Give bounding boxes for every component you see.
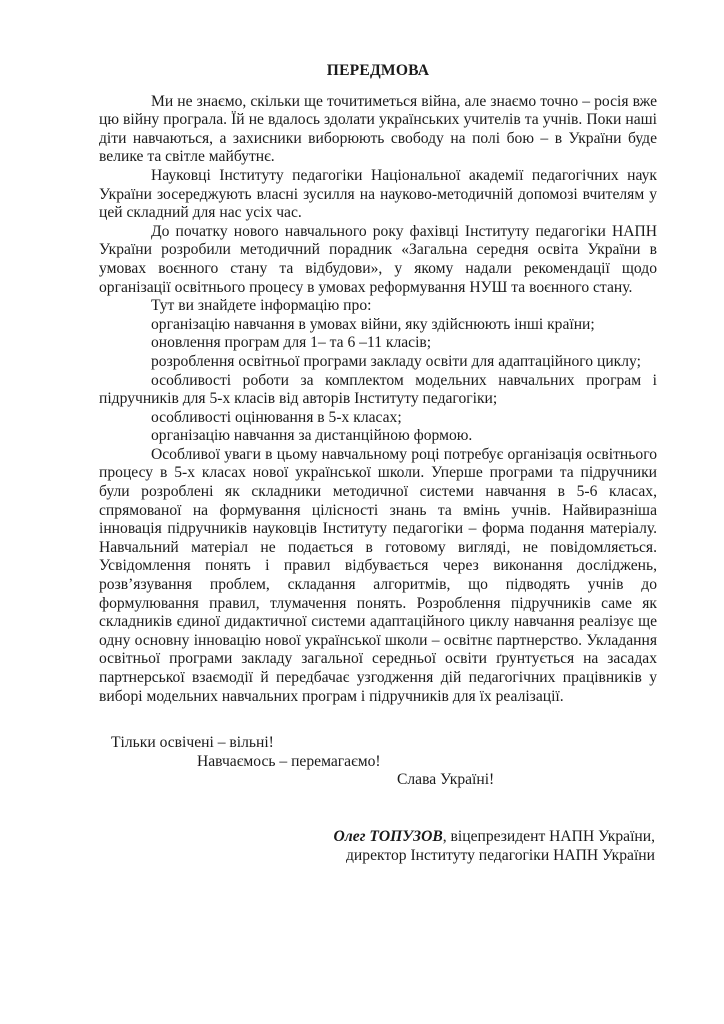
motto-glory-ukraine: Слава Україні! <box>99 771 657 790</box>
page-title: ПЕРЕДМОВА <box>99 62 657 81</box>
list-item: розроблення освітньої програми закладу о… <box>99 353 657 372</box>
paragraph-fifth-grade: Особливої уваги в цьому навчальному році… <box>99 446 657 706</box>
author-name: Олег ТОПУЗОВ <box>334 828 443 845</box>
paragraph-intro: Ми не знаємо, скільки ще точитиметься ві… <box>99 93 657 167</box>
list-item: особливості оцінювання в 5-х класах; <box>99 409 657 428</box>
motto-educated-free: Тільки освічені – вільні! <box>99 734 657 753</box>
document-page: ПЕРЕДМОВА Ми не знаємо, скільки ще точит… <box>99 62 657 865</box>
author-title: , віцепрезидент НАПН України, <box>443 828 655 845</box>
list-item: оновлення програм для 1– та 6 –11 класів… <box>99 334 657 353</box>
list-item: організацію навчання за дистанційною фор… <box>99 427 657 446</box>
motto-learn-win: Навчаємось – перемагаємо! <box>99 753 657 772</box>
paragraph-info-lead: Тут ви знайдете інформацію про: <box>99 297 657 316</box>
paragraph-guide: До початку нового навчального року фахів… <box>99 223 657 297</box>
info-list: організацію навчання в умовах війни, яку… <box>99 316 657 446</box>
paragraph-scientists: Науковці Інституту педагогіки Національн… <box>99 167 657 223</box>
signature-block: Олег ТОПУЗОВ, віцепрезидент НАПН України… <box>99 828 657 865</box>
mottos: Тільки освічені – вільні! Навчаємось – п… <box>99 734 657 790</box>
list-item: організацію навчання в умовах війни, яку… <box>99 316 657 335</box>
signature-line-1: Олег ТОПУЗОВ, віцепрезидент НАПН України… <box>99 828 655 847</box>
list-item: особливості роботи за комплектом модельн… <box>99 372 657 409</box>
signature-line-2: директор Інституту педагогіки НАПН Украї… <box>99 847 655 866</box>
